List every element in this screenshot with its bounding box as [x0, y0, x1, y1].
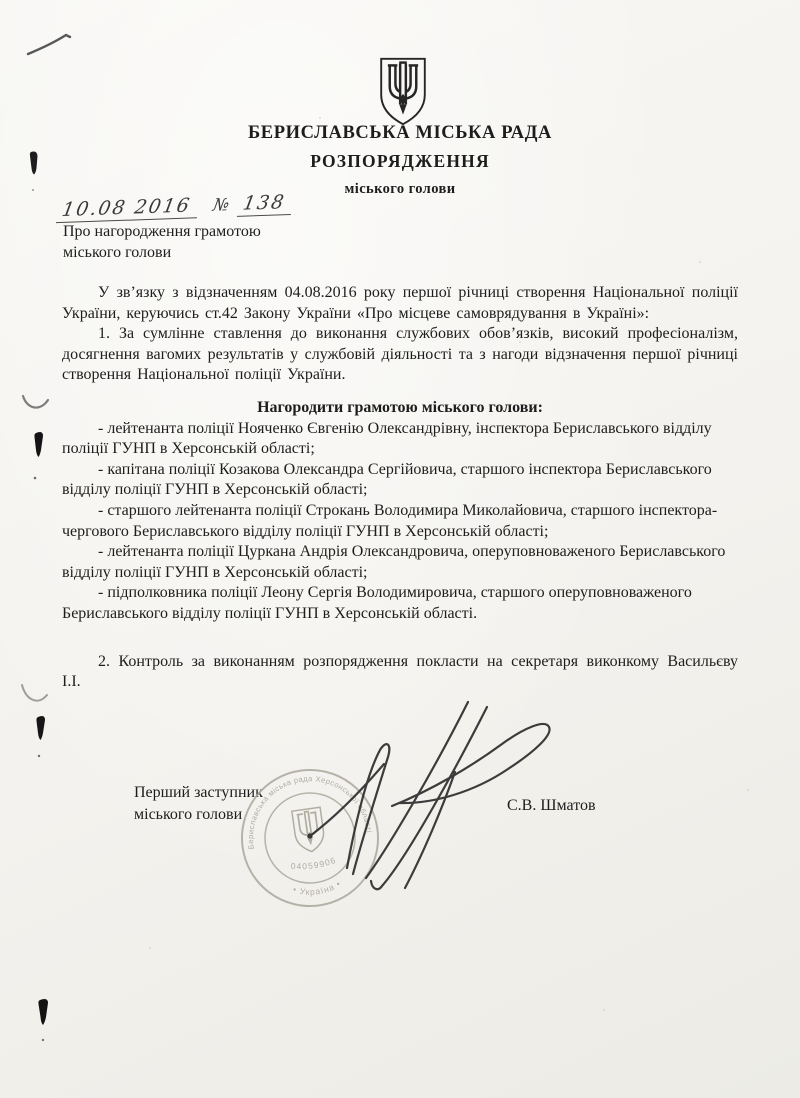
- subject-line-1: Про нагородження грамотою: [63, 221, 363, 242]
- clause-1-paragraph: 1. За сумлінне ставлення до виконання сл…: [62, 324, 738, 386]
- handwritten-number: 138: [237, 191, 295, 217]
- subject-block: Про нагородження грамотою міського голов…: [63, 221, 363, 263]
- award-item: - підполковника поліції Леону Сергія Вол…: [62, 583, 738, 624]
- official-round-seal: Бериславська міська рада Херсонської обл…: [229, 757, 392, 920]
- award-heading: Нагородити грамотою міського голови:: [62, 398, 738, 419]
- intro-paragraph: У зв’язку з відзначенням 04.08.2016 року…: [62, 283, 738, 324]
- pen-stroke-mark: [28, 35, 70, 54]
- award-item: - лейтенанта поліції Цуркана Андрія Олек…: [62, 542, 738, 583]
- handwritten-date: 10.08 2016: [56, 194, 201, 223]
- seal-trident-icon: [292, 807, 326, 853]
- signatory-name: С.В. Шматов: [507, 797, 596, 815]
- seal-ring-text: Бериславська міська рада Херсонської обл…: [238, 766, 374, 850]
- award-item: - лейтенанта поліції Нояченко Євгенію Ол…: [62, 419, 738, 460]
- award-item: - старшого лейтенанта поліції Строкань В…: [62, 501, 738, 542]
- scanned-document-page: БЕРИСЛАВСЬКА МІСЬКА РАДА РОЗПОРЯДЖЕННЯ м…: [0, 0, 800, 1098]
- document-type-title: РОЗПОРЯДЖЕННЯ: [0, 151, 800, 172]
- document-body: У зв’язку з відзначенням 04.08.2016 року…: [62, 283, 738, 693]
- organization-name: БЕРИСЛАВСЬКА МІСЬКА РАДА: [0, 123, 800, 144]
- number-sign: №: [211, 195, 233, 216]
- svg-text:04059906: 04059906: [289, 854, 338, 873]
- trident-emblem-icon: [374, 55, 432, 127]
- document-subtype: міського голови: [0, 181, 800, 198]
- clause-2-paragraph: 2. Контроль за виконанням розпорядження …: [62, 652, 738, 693]
- award-item: - капітана поліції Козакова Олександра С…: [62, 460, 738, 501]
- subject-line-2: міського голови: [63, 242, 363, 263]
- svg-text:Бериславська міська рада Херсо: Бериславська міська рада Херсонської обл…: [238, 766, 374, 850]
- seal-registration-number: 04059906: [289, 854, 338, 873]
- margin-ink-blots: [22, 152, 48, 1042]
